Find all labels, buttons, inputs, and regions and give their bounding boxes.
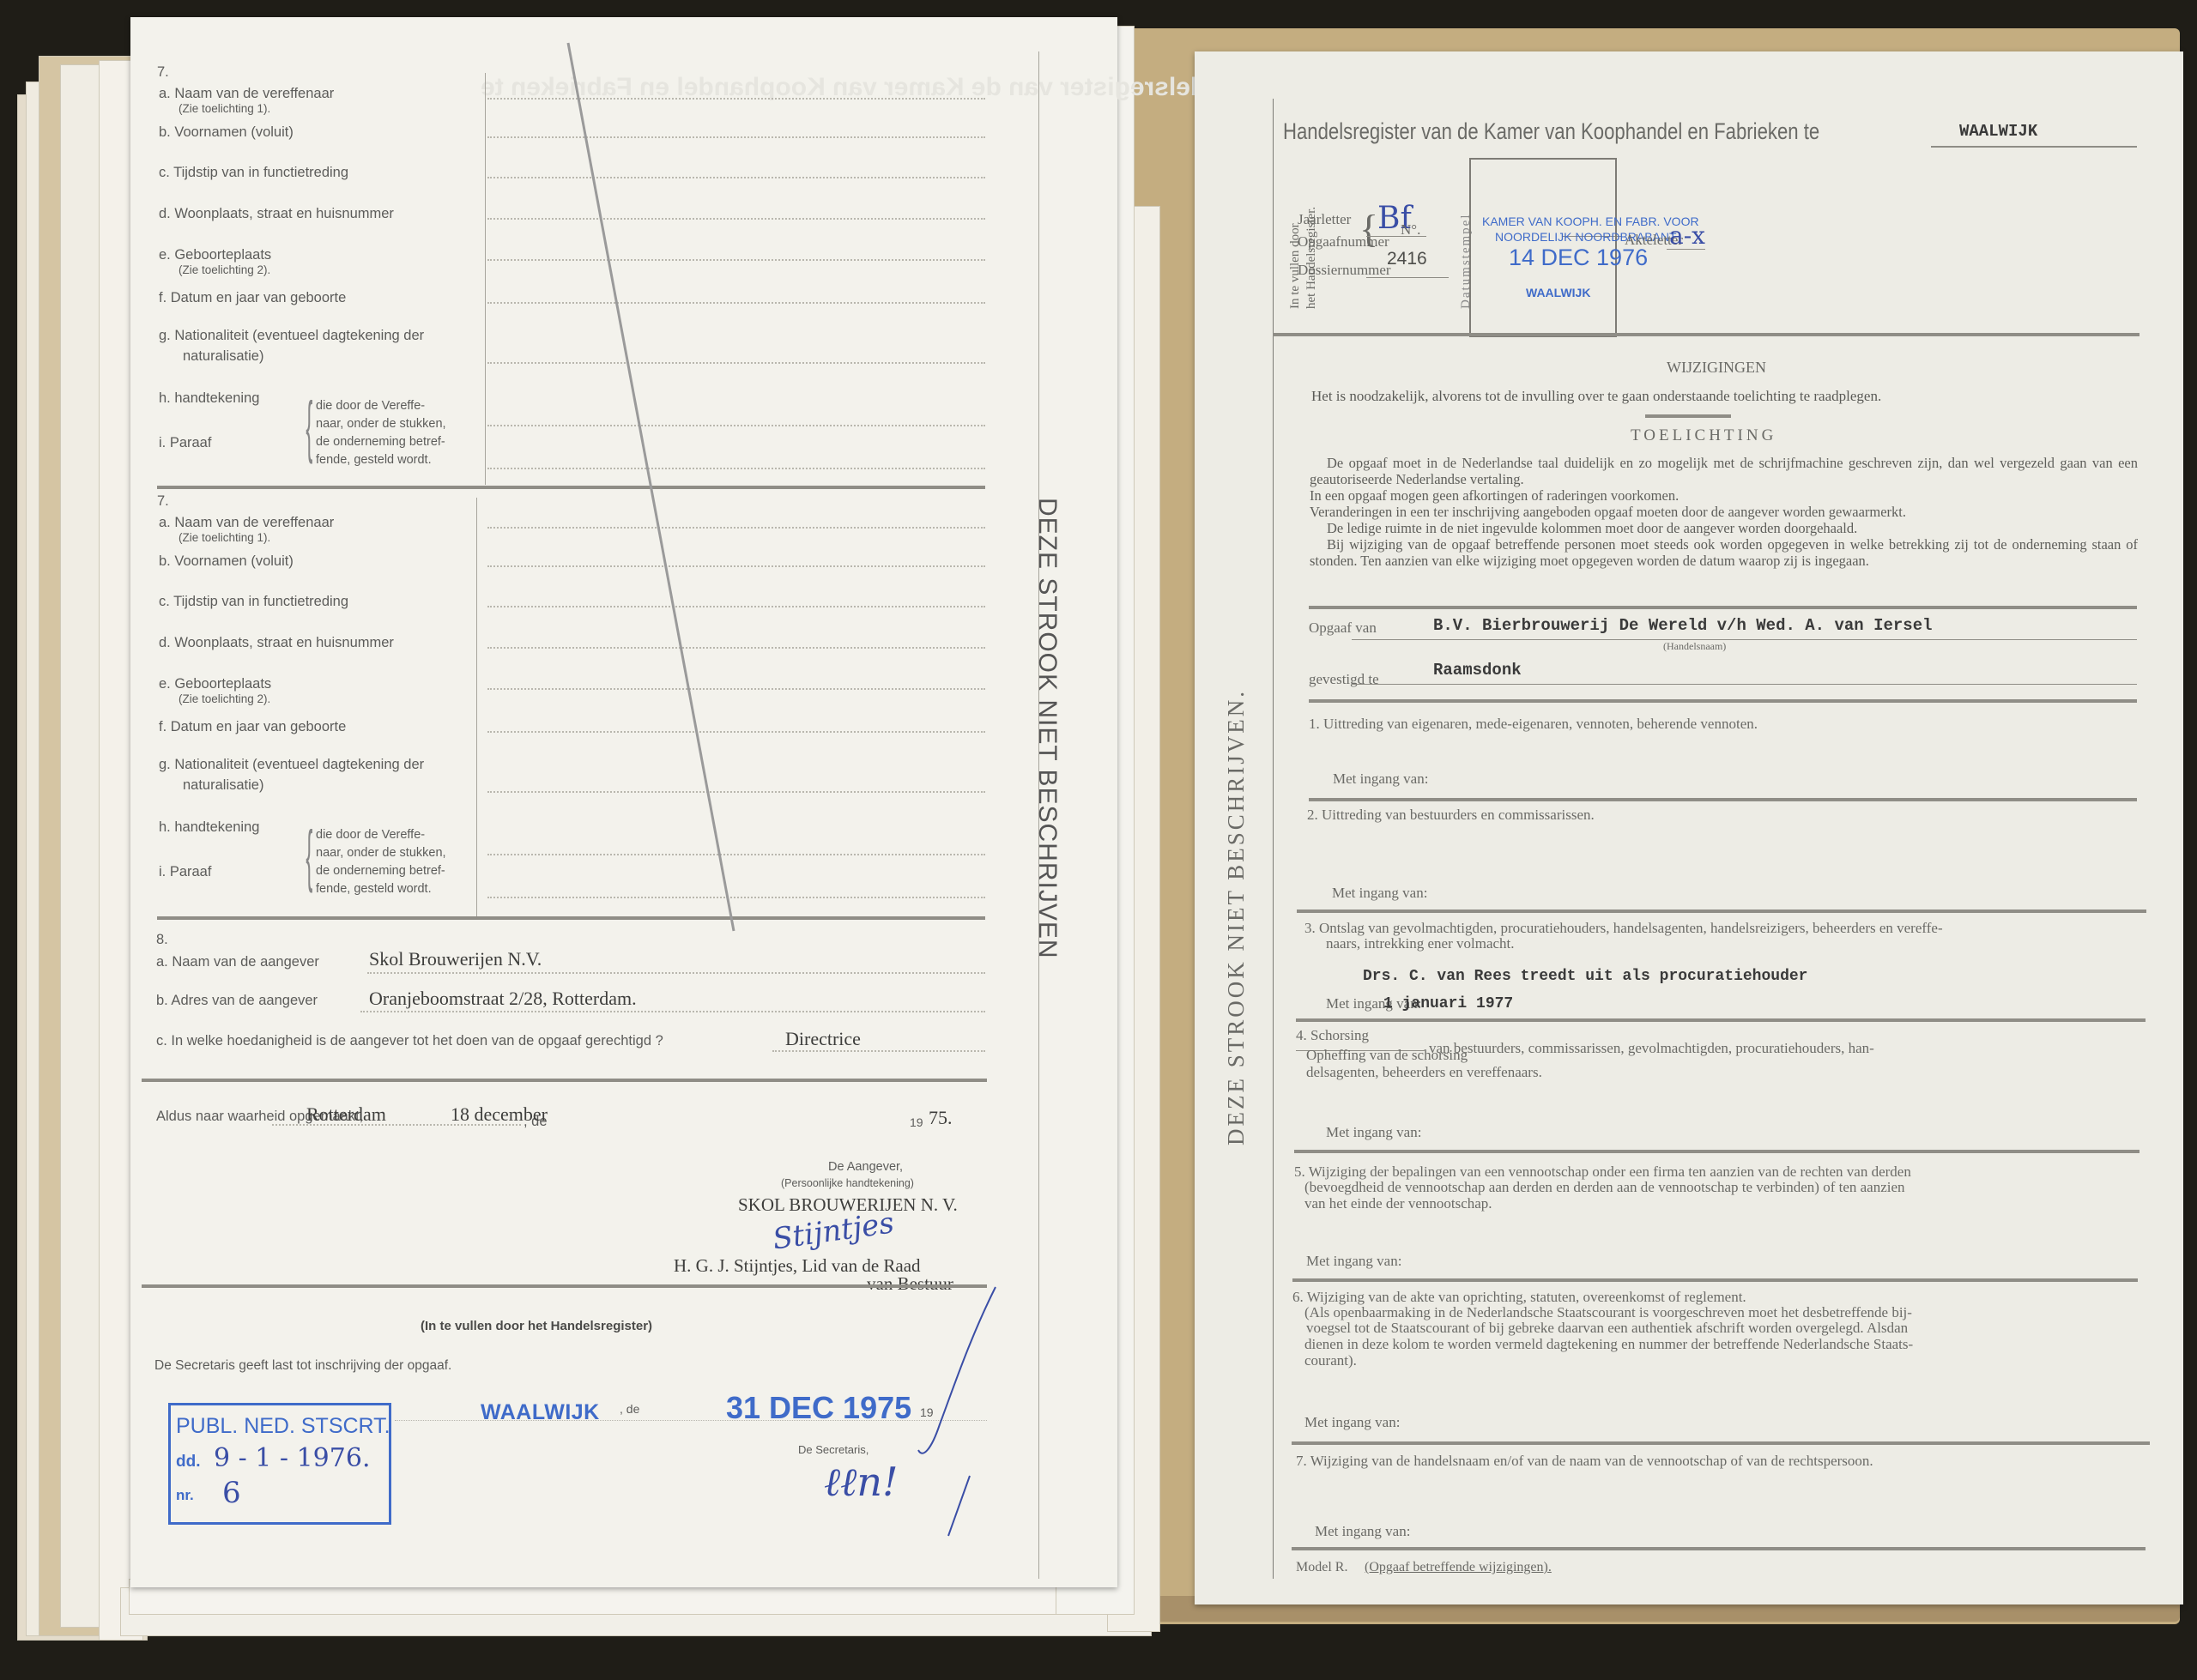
register-header-title: Handelsregister van de Kamer van Koophan… [1283, 118, 1819, 145]
toelichting-paragraph: In een opgaaf mogen geen afkortingen of … [1310, 487, 2138, 504]
item-7-met-ingang: Met ingang van: [1315, 1523, 1410, 1540]
model-caption: (Opgaaf betreffende wijzigingen). [1365, 1560, 1552, 1575]
section-divider [1309, 606, 2137, 609]
item-4-met-ingang: Met ingang van: [1326, 1124, 1421, 1141]
item-5-met-ingang: Met ingang van: [1306, 1253, 1401, 1270]
model-label: Model R. [1296, 1560, 1347, 1575]
strip-warning-left: DEZE STROOK NIET BESCHRIJVEN [1032, 498, 1062, 959]
toelichting-paragraph: De opgaaf moet in de Nederlandse taal du… [1310, 455, 2138, 487]
title-rule [1645, 414, 1731, 418]
gevestigd-value[interactable]: Raamsdonk [1433, 661, 1522, 680]
item-1-met-ingang: Met ingang van: [1333, 771, 1428, 788]
item-6-text-3: voegsel tot de Staatscourant of bij gebr… [1306, 1320, 1908, 1337]
dossier-value[interactable]: 2416 [1387, 249, 1427, 269]
wijzigingen-intro: Het is noodzakelijk, alvorens tot de inv… [1311, 388, 1881, 405]
section-divider [1292, 1278, 2138, 1282]
brace-icon: { [1359, 209, 1378, 249]
item-3-text-2: naars, intrekking ener volmacht. [1326, 935, 1515, 952]
opgaaf-label: Opgaaf van [1309, 619, 1377, 637]
dossier-label: Dossiernummer [1298, 262, 1391, 279]
item-5-text: 5. Wijziging der bepalingen van een venn… [1294, 1163, 1911, 1181]
item-6-text-2: (Als openbaarmaking in de Nederlandsche … [1304, 1304, 1912, 1321]
section-divider [1292, 1441, 2150, 1445]
item-2-met-ingang: Met ingang van: [1332, 885, 1427, 902]
no-label: N°. [1401, 221, 1420, 239]
item-4-schorsing: 4. Schorsing [1296, 1027, 1369, 1044]
toelichting-paragraph: De ledige ruimte in de niet ingevulde ko… [1310, 520, 2138, 536]
section-divider [1309, 798, 2137, 801]
item-3-date[interactable]: 1 januari 1977 [1383, 995, 1513, 1012]
item-3-entry[interactable]: Drs. C. van Rees treedt uit als procurat… [1363, 968, 1807, 985]
item-2-text: 2. Uittreding van bestuurders en commiss… [1307, 807, 1595, 824]
toelichting-body: De opgaaf moet in de Nederlandse taal du… [1310, 455, 2138, 569]
section-divider [1297, 909, 2146, 913]
item-4-text-2: delsagenten, beheerders en vereffenaars. [1306, 1064, 1542, 1081]
item-1-text: 1. Uittreding van eigenaren, mede-eigena… [1309, 716, 1758, 733]
item-6-met-ingang: Met ingang van: [1304, 1414, 1400, 1431]
strip-warning-right: DEZE STROOK NIET BESCHRIJVEN. [1223, 689, 1250, 1145]
toelichting-paragraph: Bij wijziging van de opgaaf betreffende … [1310, 536, 2138, 569]
jaarletter-label: Jaarletter [1298, 211, 1351, 228]
gevestigd-line [1352, 684, 2137, 685]
section-divider [1309, 699, 2137, 703]
toelichting-paragraph: Veranderingen in een ter inschrijving aa… [1310, 504, 2138, 520]
item-4-text: van bestuurders, commissarissen, gevolma… [1429, 1040, 1874, 1057]
header-divider [1273, 333, 2140, 336]
item-5-text-3: van het einde der vennootschap. [1304, 1195, 1492, 1212]
register-header-city[interactable]: WAALWIJK [1959, 122, 2037, 141]
chamber-stamp-line1: KAMER VAN KOOPH. EN FABR. VOOR [1482, 215, 1699, 228]
header-city-line [1931, 146, 2137, 148]
item-6-text-4: dienen in deze kolom te worden vermeld d… [1304, 1336, 1913, 1353]
handelsnaam-caption: (Handelsnaam) [1663, 640, 1726, 653]
chamber-stamp-city: WAALWIJK [1526, 286, 1590, 299]
wijzigingen-title: WIJZIGINGEN [1667, 359, 1766, 377]
dossier-line [1366, 277, 1449, 278]
section-divider [1292, 1547, 2146, 1550]
akteletter-value[interactable]: a-x [1669, 221, 1705, 250]
page-border-left [1273, 99, 1274, 1579]
akteletter-line [1667, 249, 1705, 250]
opgaaf-line [1352, 639, 2137, 640]
item-5-text-2: (bevoegdheid de vennootschap aan derden … [1304, 1179, 1905, 1196]
opgaaf-value[interactable]: B.V. Bierbrouwerij De Wereld v/h Wed. A.… [1433, 616, 1933, 635]
item-7-text: 7. Wijziging van de handelsnaam en/of va… [1296, 1453, 1873, 1470]
item-6-text-5: courant). [1304, 1352, 1357, 1369]
gevestigd-label: gevestigd te [1309, 671, 1379, 688]
section-divider [1296, 1018, 2146, 1022]
item-3-text: 3. Ontslag van gevolmachtigden, procurat… [1304, 920, 1943, 937]
item-6-text: 6. Wijziging van de akte van oprichting,… [1292, 1289, 1746, 1306]
toelichting-title: TOELICHTING [1631, 426, 1776, 445]
right-form-page [1195, 51, 2183, 1604]
section-divider [1294, 1150, 2140, 1153]
